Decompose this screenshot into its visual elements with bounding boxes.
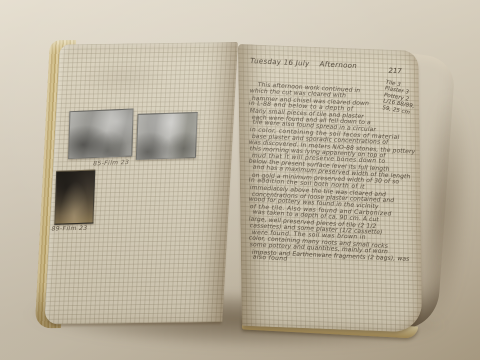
photo-open-field-notebook: 85-Film 23 89-Film 23 Tuesday 16 July Af… [0, 0, 480, 360]
glued-photo-silver-left [68, 109, 133, 160]
diary-header: Tuesday 16 July Afternoon [250, 57, 357, 70]
page-number: 217 [388, 67, 402, 76]
left-notebook-page: 85-Film 23 89-Film 23 [44, 42, 238, 324]
glued-photo-silver-right [136, 112, 198, 160]
photo-caption-bottom: 89-Film 23 [51, 225, 87, 233]
diary-date: Tuesday 16 July [250, 57, 309, 68]
photo-caption-top: 85-Film 23 [93, 159, 129, 167]
paper-smudge [77, 57, 169, 98]
right-notebook-page: Tuesday 16 July Afternoon 217 Tile 3Plas… [238, 44, 422, 333]
glued-photo-dark [54, 169, 95, 224]
diary-session: Afternoon [320, 60, 357, 70]
diary-body-text: This afternoon work continued inwhich th… [250, 82, 402, 269]
